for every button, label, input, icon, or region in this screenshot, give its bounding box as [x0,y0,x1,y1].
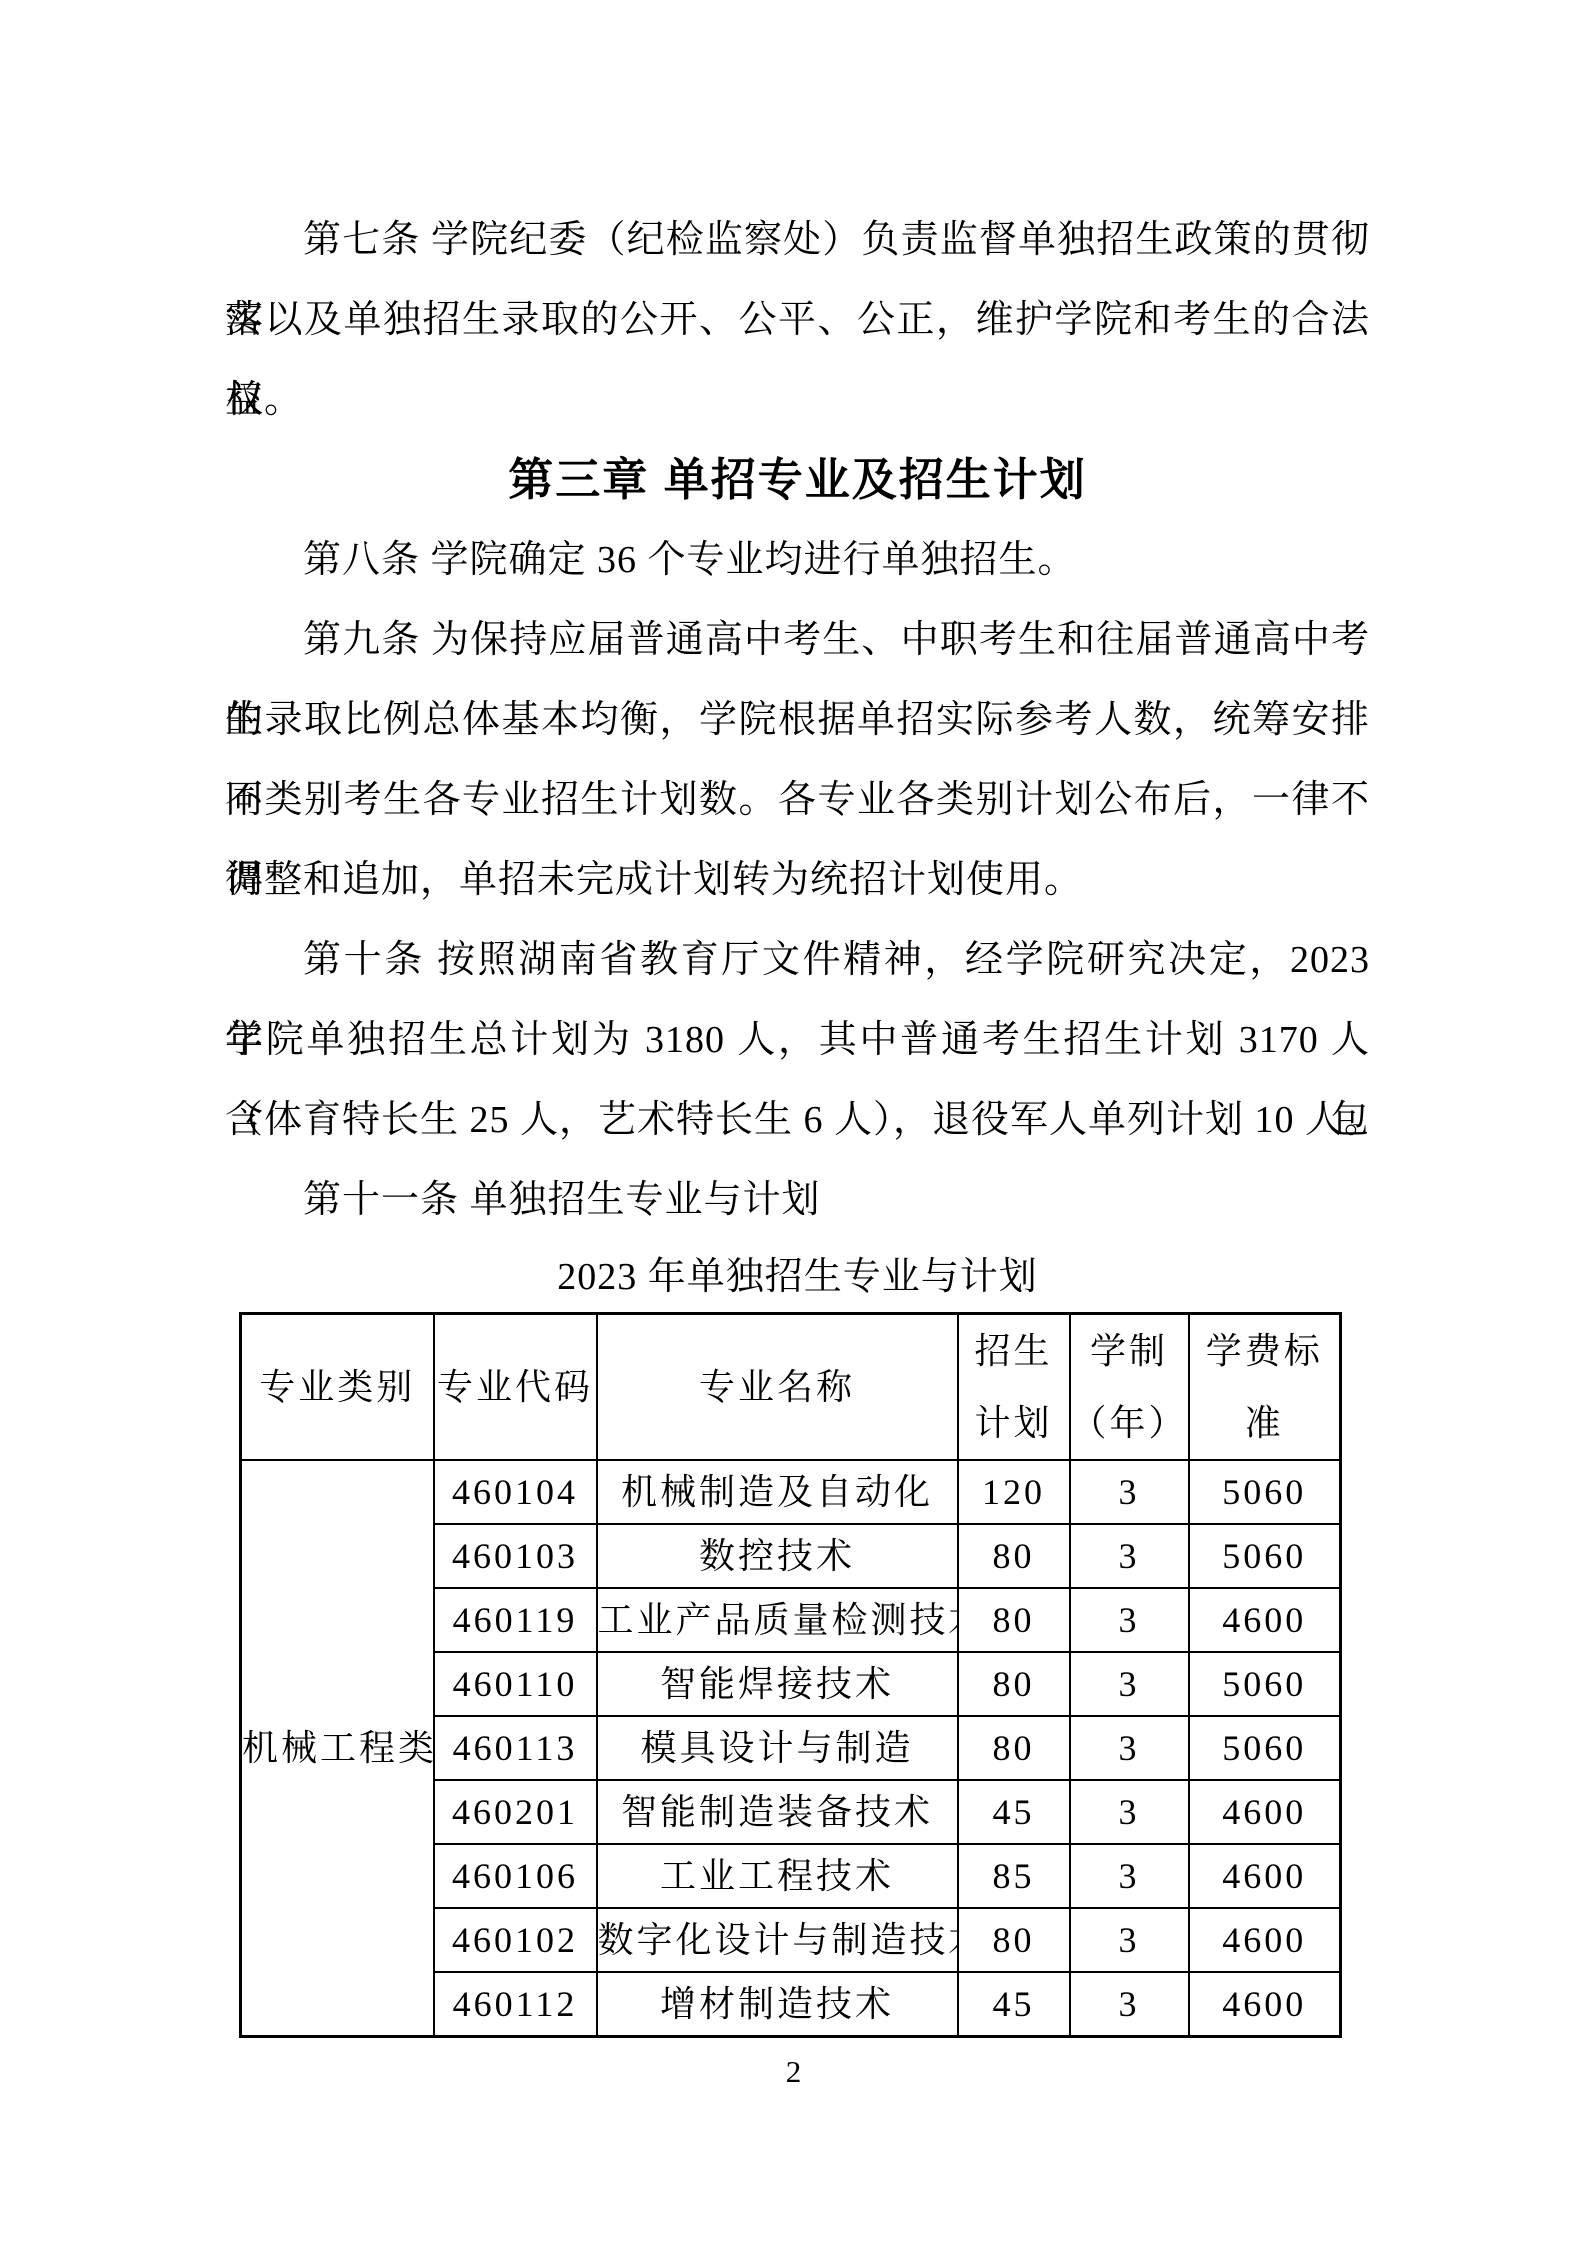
table-header-row: 专业类别 专业代码 专业名称 招生 计划 学制 （年） 学费标 准 [241,1314,1341,1461]
header-years: 学制 （年） [1070,1314,1189,1461]
cell-years: 3 [1070,1844,1189,1908]
category-group-cell: 机械工程类 [241,1460,434,2036]
body-line: 益。 [225,360,1370,440]
cell-name: 增材制造技术 [597,1972,958,2036]
cell-plan: 80 [958,1652,1070,1716]
document-page: { "document": { "body_lines": [ {"text":… [0,0,1587,2245]
body-line: 第八条 学院确定 36 个专业均进行单独招生。 [225,520,1370,600]
body-line: 第十条 按照湖南省教育厅文件精神，经学院研究决定，2023 年 [225,920,1370,1000]
cell-name: 智能制造装备技术 [597,1780,958,1844]
header-fee: 学费标 准 [1189,1314,1341,1461]
cell-plan: 45 [958,1780,1070,1844]
cell-years: 3 [1070,1972,1189,2036]
cell-name: 工业工程技术 [597,1844,958,1908]
enrollment-plan-table: 专业类别 专业代码 专业名称 招生 计划 学制 （年） 学费标 准 机械工程类 … [239,1312,1342,2038]
body-line: 第七条 学院纪委（纪检监察处）负责监督单独招生政策的贯彻落 [225,200,1370,280]
body-line: 调整和追加，单招未完成计划转为统招计划使用。 [225,840,1370,920]
header-category: 专业类别 [241,1314,434,1461]
cell-years: 3 [1070,1908,1189,1972]
cell-plan: 80 [958,1908,1070,1972]
cell-years: 3 [1070,1588,1189,1652]
cell-years: 3 [1070,1652,1189,1716]
cell-code: 460110 [434,1652,597,1716]
cell-name: 模具设计与制造 [597,1716,958,1780]
cell-code: 460119 [434,1588,597,1652]
cell-code: 460113 [434,1716,597,1780]
body-line: 第十一条 单独招生专业与计划 [225,1160,1370,1240]
table-title: 2023 年单独招生专业与计划 [225,1241,1370,1313]
cell-plan: 80 [958,1524,1070,1588]
cell-name: 机械制造及自动化 [597,1460,958,1524]
header-code: 专业代码 [434,1314,597,1461]
cell-years: 3 [1070,1524,1189,1588]
cell-plan: 45 [958,1972,1070,2036]
cell-fee: 5060 [1189,1524,1341,1588]
cell-name: 智能焊接技术 [597,1652,958,1716]
cell-fee: 5060 [1189,1460,1341,1524]
cell-name: 工业产品质量检测技术 [597,1588,958,1652]
body-line: 实以及单独招生录取的公开、公平、公正，维护学院和考生的合法权 [225,280,1370,360]
cell-fee: 5060 [1189,1652,1341,1716]
body-line: 的录取比例总体基本均衡，学院根据单招实际参考人数，统筹安排不 [225,680,1370,760]
cell-code: 460201 [434,1780,597,1844]
cell-fee: 4600 [1189,1844,1341,1908]
cell-code: 460106 [434,1844,597,1908]
body-line: 学院单独招生总计划为 3180 人，其中普通考生招生计划 3170 人（包 [225,1000,1370,1080]
cell-name: 数字化设计与制造技术 [597,1908,958,1972]
cell-plan: 120 [958,1460,1070,1524]
chapter-heading: 第三章 单招专业及招生计划 [225,440,1370,520]
body-line: 含体育特长生 25 人，艺术特长生 6 人），退役军人单列计划 10 人。 [225,1080,1370,1160]
cell-fee: 4600 [1189,1588,1341,1652]
cell-years: 3 [1070,1780,1189,1844]
cell-years: 3 [1070,1716,1189,1780]
document-body: 第七条 学院纪委（纪检监察处）负责监督单独招生政策的贯彻落 实以及单独招生录取的… [225,200,1370,1240]
table-row: 机械工程类 460104 机械制造及自动化 120 3 5060 [241,1460,1341,1524]
cell-plan: 80 [958,1716,1070,1780]
body-line: 同类别考生各专业招生计划数。各专业各类别计划公布后，一律不得 [225,760,1370,840]
cell-fee: 4600 [1189,1908,1341,1972]
cell-fee: 4600 [1189,1972,1341,2036]
cell-years: 3 [1070,1460,1189,1524]
cell-code: 460102 [434,1908,597,1972]
cell-fee: 4600 [1189,1780,1341,1844]
header-name: 专业名称 [597,1314,958,1461]
cell-code: 460104 [434,1460,597,1524]
header-plan: 招生 计划 [958,1314,1070,1461]
cell-code: 460103 [434,1524,597,1588]
cell-plan: 85 [958,1844,1070,1908]
page-number: 2 [0,2052,1587,2092]
cell-code: 460112 [434,1972,597,2036]
cell-plan: 80 [958,1588,1070,1652]
cell-fee: 5060 [1189,1716,1341,1780]
cell-name: 数控技术 [597,1524,958,1588]
body-line: 第九条 为保持应届普通高中考生、中职考生和往届普通高中考生 [225,600,1370,680]
